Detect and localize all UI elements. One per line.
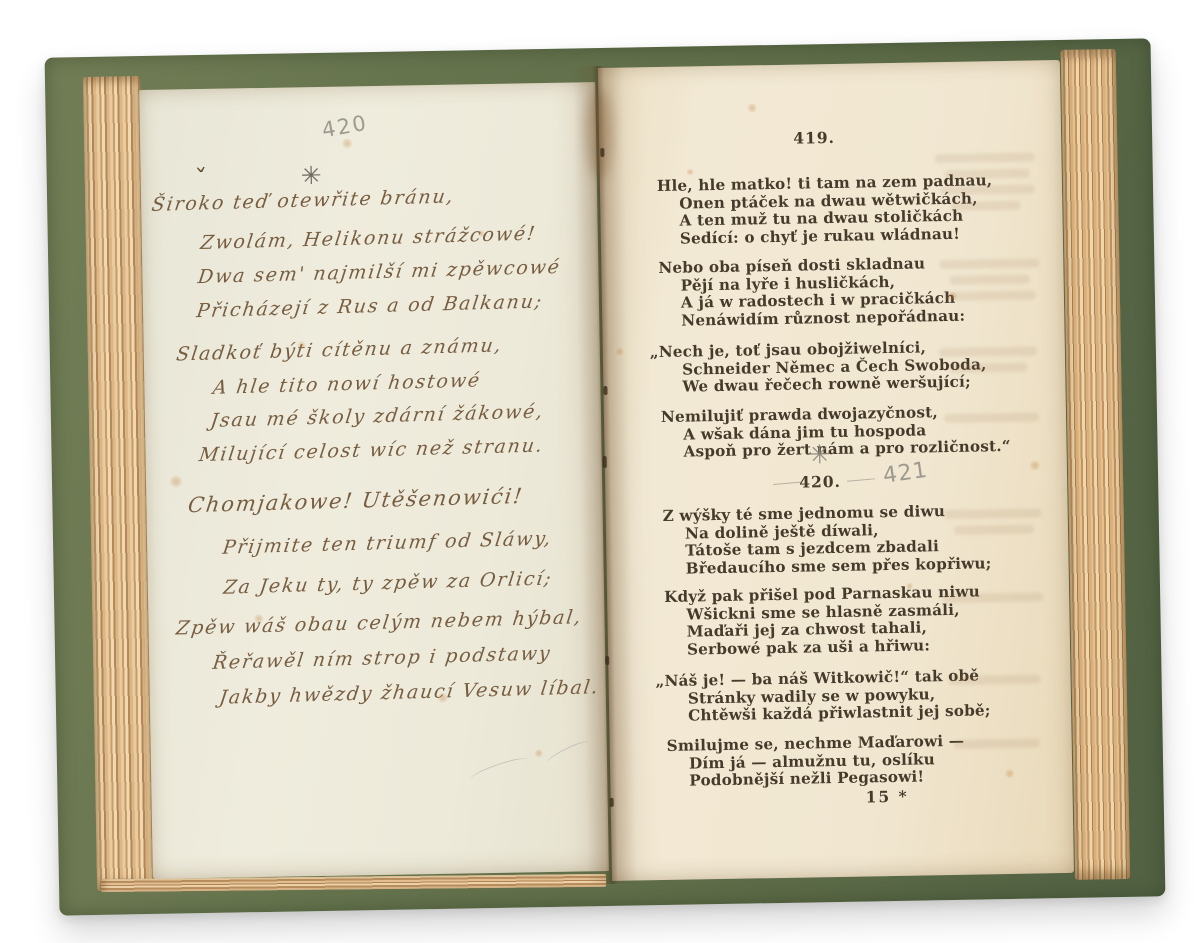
bleedthrough-mark — [954, 738, 1040, 748]
bleedthrough-mark — [934, 152, 1034, 163]
bleedthrough-mark — [940, 184, 1035, 195]
handwritten-line: Zpěw wáš obau celým nebem hýbal, — [175, 606, 584, 639]
stanza: Hle, hle matko! ti tam na zem padnau, On… — [657, 172, 994, 248]
bleedthrough-mark — [954, 525, 1034, 535]
stanza: Z wýšky té sme jednomu se diwu Na dolině… — [663, 502, 992, 578]
poem-line: Podobnější nežli Pegasowi! — [667, 768, 965, 791]
poem-line: Sedící: o chyť je rukau wládnau! — [658, 225, 994, 248]
binding-stitch — [605, 656, 609, 665]
binding-stitch — [610, 798, 614, 807]
handwritten-line: Přijmite ten triumf od Sláwy, — [221, 527, 553, 558]
foxing-spot — [298, 341, 306, 349]
left-manuscript-page: 420 ˇ ✳ Široko teď otewřite bránu, Zwolá… — [139, 82, 609, 879]
bleedthrough-mark — [944, 412, 1039, 423]
handwritten-line: Dwa sem' najmilší mi zpěwcowé — [197, 256, 563, 288]
pencil-star-ornament: ✳ — [659, 437, 979, 473]
bleedthrough-mark — [950, 275, 1030, 285]
binding-stitch — [603, 386, 607, 395]
right-printed-page: 419. Hle, hle matko! ti tam na zem padna… — [598, 60, 1074, 881]
pencil-page-number: 420 — [320, 111, 370, 143]
binding-stitch — [600, 148, 604, 157]
handwritten-line: Milující celost wíc než stranu. — [198, 434, 545, 466]
page-number: 419. — [654, 126, 974, 151]
handwritten-line: Jakby hwězdy žhaucí Vesuw líbal. — [218, 676, 601, 709]
stanza: „Náš je! — ba náš Witkowič!“ tak obě Str… — [665, 667, 990, 725]
handwritten-line: Zwolám, Helikonu strážcowé! — [199, 223, 538, 254]
handwritten-line: Jsau mé školy zdární žákowé, — [209, 401, 545, 432]
foxing-spot — [1005, 769, 1014, 778]
foxing-spot — [478, 230, 485, 237]
foxing-spot — [616, 348, 624, 356]
stanza: Když pak přišel pod Parnaskau niwu Wšick… — [664, 583, 981, 659]
handwritten-line: Sladkoť býti cítěnu a známu, — [175, 334, 504, 365]
bleedthrough-mark — [939, 258, 1039, 269]
bleedthrough-mark — [939, 346, 1037, 357]
bleedthrough-mark — [949, 674, 1041, 685]
foxing-spot — [949, 292, 957, 300]
foxing-spot — [535, 749, 543, 757]
signature-mark: 15 * — [865, 787, 908, 807]
bleedthrough-mark — [943, 592, 1043, 603]
handwritten-line: Chomjakowe! Utěšenowići! — [187, 484, 525, 517]
handwritten-line: Za Jeku ty, ty zpěw za Orlicí; — [222, 567, 554, 598]
bleedthrough-mark — [944, 290, 1036, 301]
foxing-spot — [687, 168, 694, 175]
bleedthrough-mark — [945, 169, 1030, 179]
poem-line: Chtěwši každá přiwlastnit jej sobě; — [666, 702, 991, 725]
poem-number-heading: 420. — [660, 469, 980, 494]
book-photograph: 420 ˇ ✳ Široko teď otewřite bránu, Zwolá… — [0, 0, 1200, 943]
bleedthrough-mark — [949, 363, 1027, 373]
foxing-spot — [906, 583, 913, 590]
pencil-squiggle — [469, 754, 529, 784]
asterisk-mark: ✳ — [300, 161, 321, 190]
handwritten-line: Řeřawěl ním strop i podstawy — [211, 642, 552, 674]
binding-stitch — [603, 456, 607, 468]
open-book: 420 ˇ ✳ Široko teď otewřite bránu, Zwolá… — [45, 38, 1166, 915]
bleedthrough-mark — [950, 201, 1020, 211]
stanza: „Nech je, toť jsau obojžiwelníci, Schnei… — [660, 338, 987, 396]
poem-line: Bředaucího sme sem přes kopřiwu; — [663, 555, 991, 578]
handwritten-line: Přicházejí z Rus a od Balkanu; — [195, 290, 544, 322]
stanza: Nebo oba píseň dosti skladnau Pějí na ly… — [658, 255, 965, 330]
foxing-spot — [254, 614, 263, 623]
poem-line: Serbowé pak za uši a hřiwu: — [665, 636, 981, 659]
stanza: Smilujme se, nechme Maďarowi — Dím já — … — [667, 733, 965, 791]
foxing-spot — [438, 693, 448, 703]
pencil-squiggle — [546, 738, 590, 766]
poem-line: Nenáwidím různost nepořádnau: — [659, 307, 965, 330]
handwritten-line: A hle tito nowí hostowé — [212, 369, 483, 399]
bleedthrough-mark — [944, 508, 1042, 519]
foxing-spot — [342, 138, 352, 148]
hacek-mark: ˇ — [194, 164, 211, 195]
poem-line: We dwau řečech rowně weršující; — [660, 373, 987, 396]
